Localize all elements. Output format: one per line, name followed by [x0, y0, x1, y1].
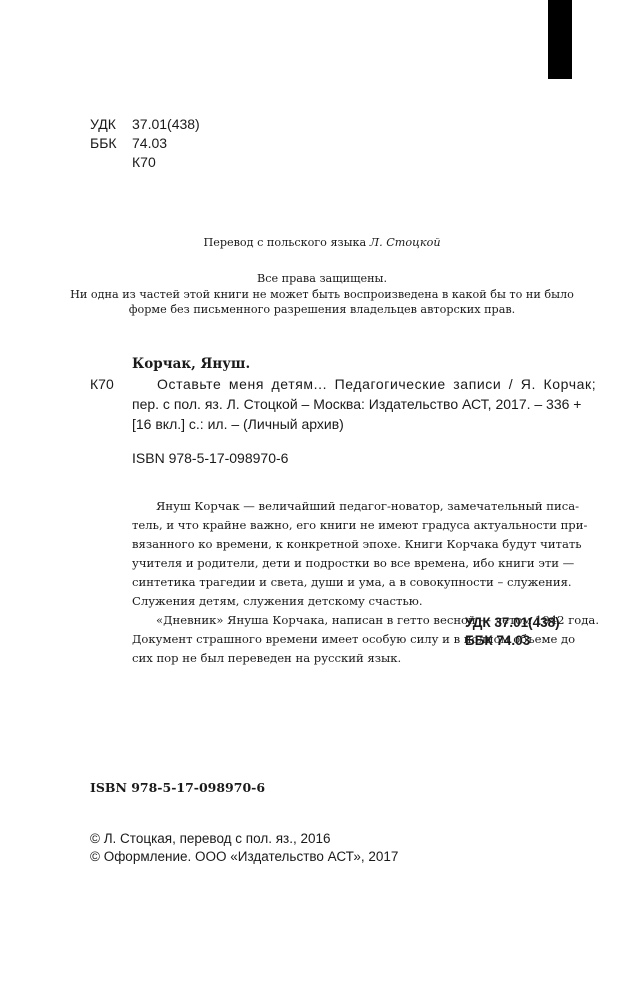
copyright-line: © Л. Стоцкая, перевод с пол. яз., 2016 [90, 830, 398, 848]
rights-notice: Все права защищены. Ни одна из частей эт… [0, 271, 644, 318]
classification-block: УДК 37.01(438) ББК 74.03 К70 [90, 115, 200, 172]
entry-author: Корчак, Януш. [90, 354, 560, 374]
author-mark: К70 [132, 153, 156, 172]
entry-line: пер. с пол. яз. Л. Стоцкой – Москва: Изд… [132, 394, 560, 414]
rights-line: форме без письменного разрешения владель… [0, 302, 644, 318]
entry-isbn: ISBN 978-5-17-098970-6 [132, 450, 288, 466]
udk-label: УДК [90, 115, 132, 134]
catalog-entry: Корчак, Януш. К70 Оставьте меня детям...… [90, 354, 560, 434]
translator-line: Перевод с польского языка Л. Стоцкой [0, 236, 644, 249]
entry-line: [16 вкл.] с.: ил. – (Личный архив) [132, 414, 560, 434]
annotation-codes: УДК 37.01(438) ББК 74.03 [465, 614, 560, 650]
annotation-udk: УДК 37.01(438) [465, 614, 560, 632]
copyright-line: © Оформление. ООО «Издательство АСТ», 20… [90, 848, 398, 866]
translator-name: Л. Стоцкой [370, 236, 441, 249]
udk-value: 37.01(438) [132, 115, 200, 134]
entry-code: К70 [90, 374, 114, 394]
bbk-label: ББК [90, 134, 132, 153]
copyright-block: © Л. Стоцкая, перевод с пол. яз., 2016 ©… [90, 830, 398, 866]
entry-line: Оставьте меня детям... Педагогические за… [132, 374, 560, 394]
annotation-bbk: ББК 74.03 [465, 632, 560, 650]
rights-line: Ни одна из частей этой книги не может бы… [0, 287, 644, 303]
annotation-paragraph-1: Януш Корчак — величайший педагог-новатор… [132, 497, 544, 611]
page-edge-tab [548, 0, 572, 79]
rights-line: Все права защищены. [0, 271, 644, 287]
isbn-bold: ISBN 978-5-17-098970-6 [90, 780, 265, 795]
bbk-value: 74.03 [132, 134, 167, 153]
